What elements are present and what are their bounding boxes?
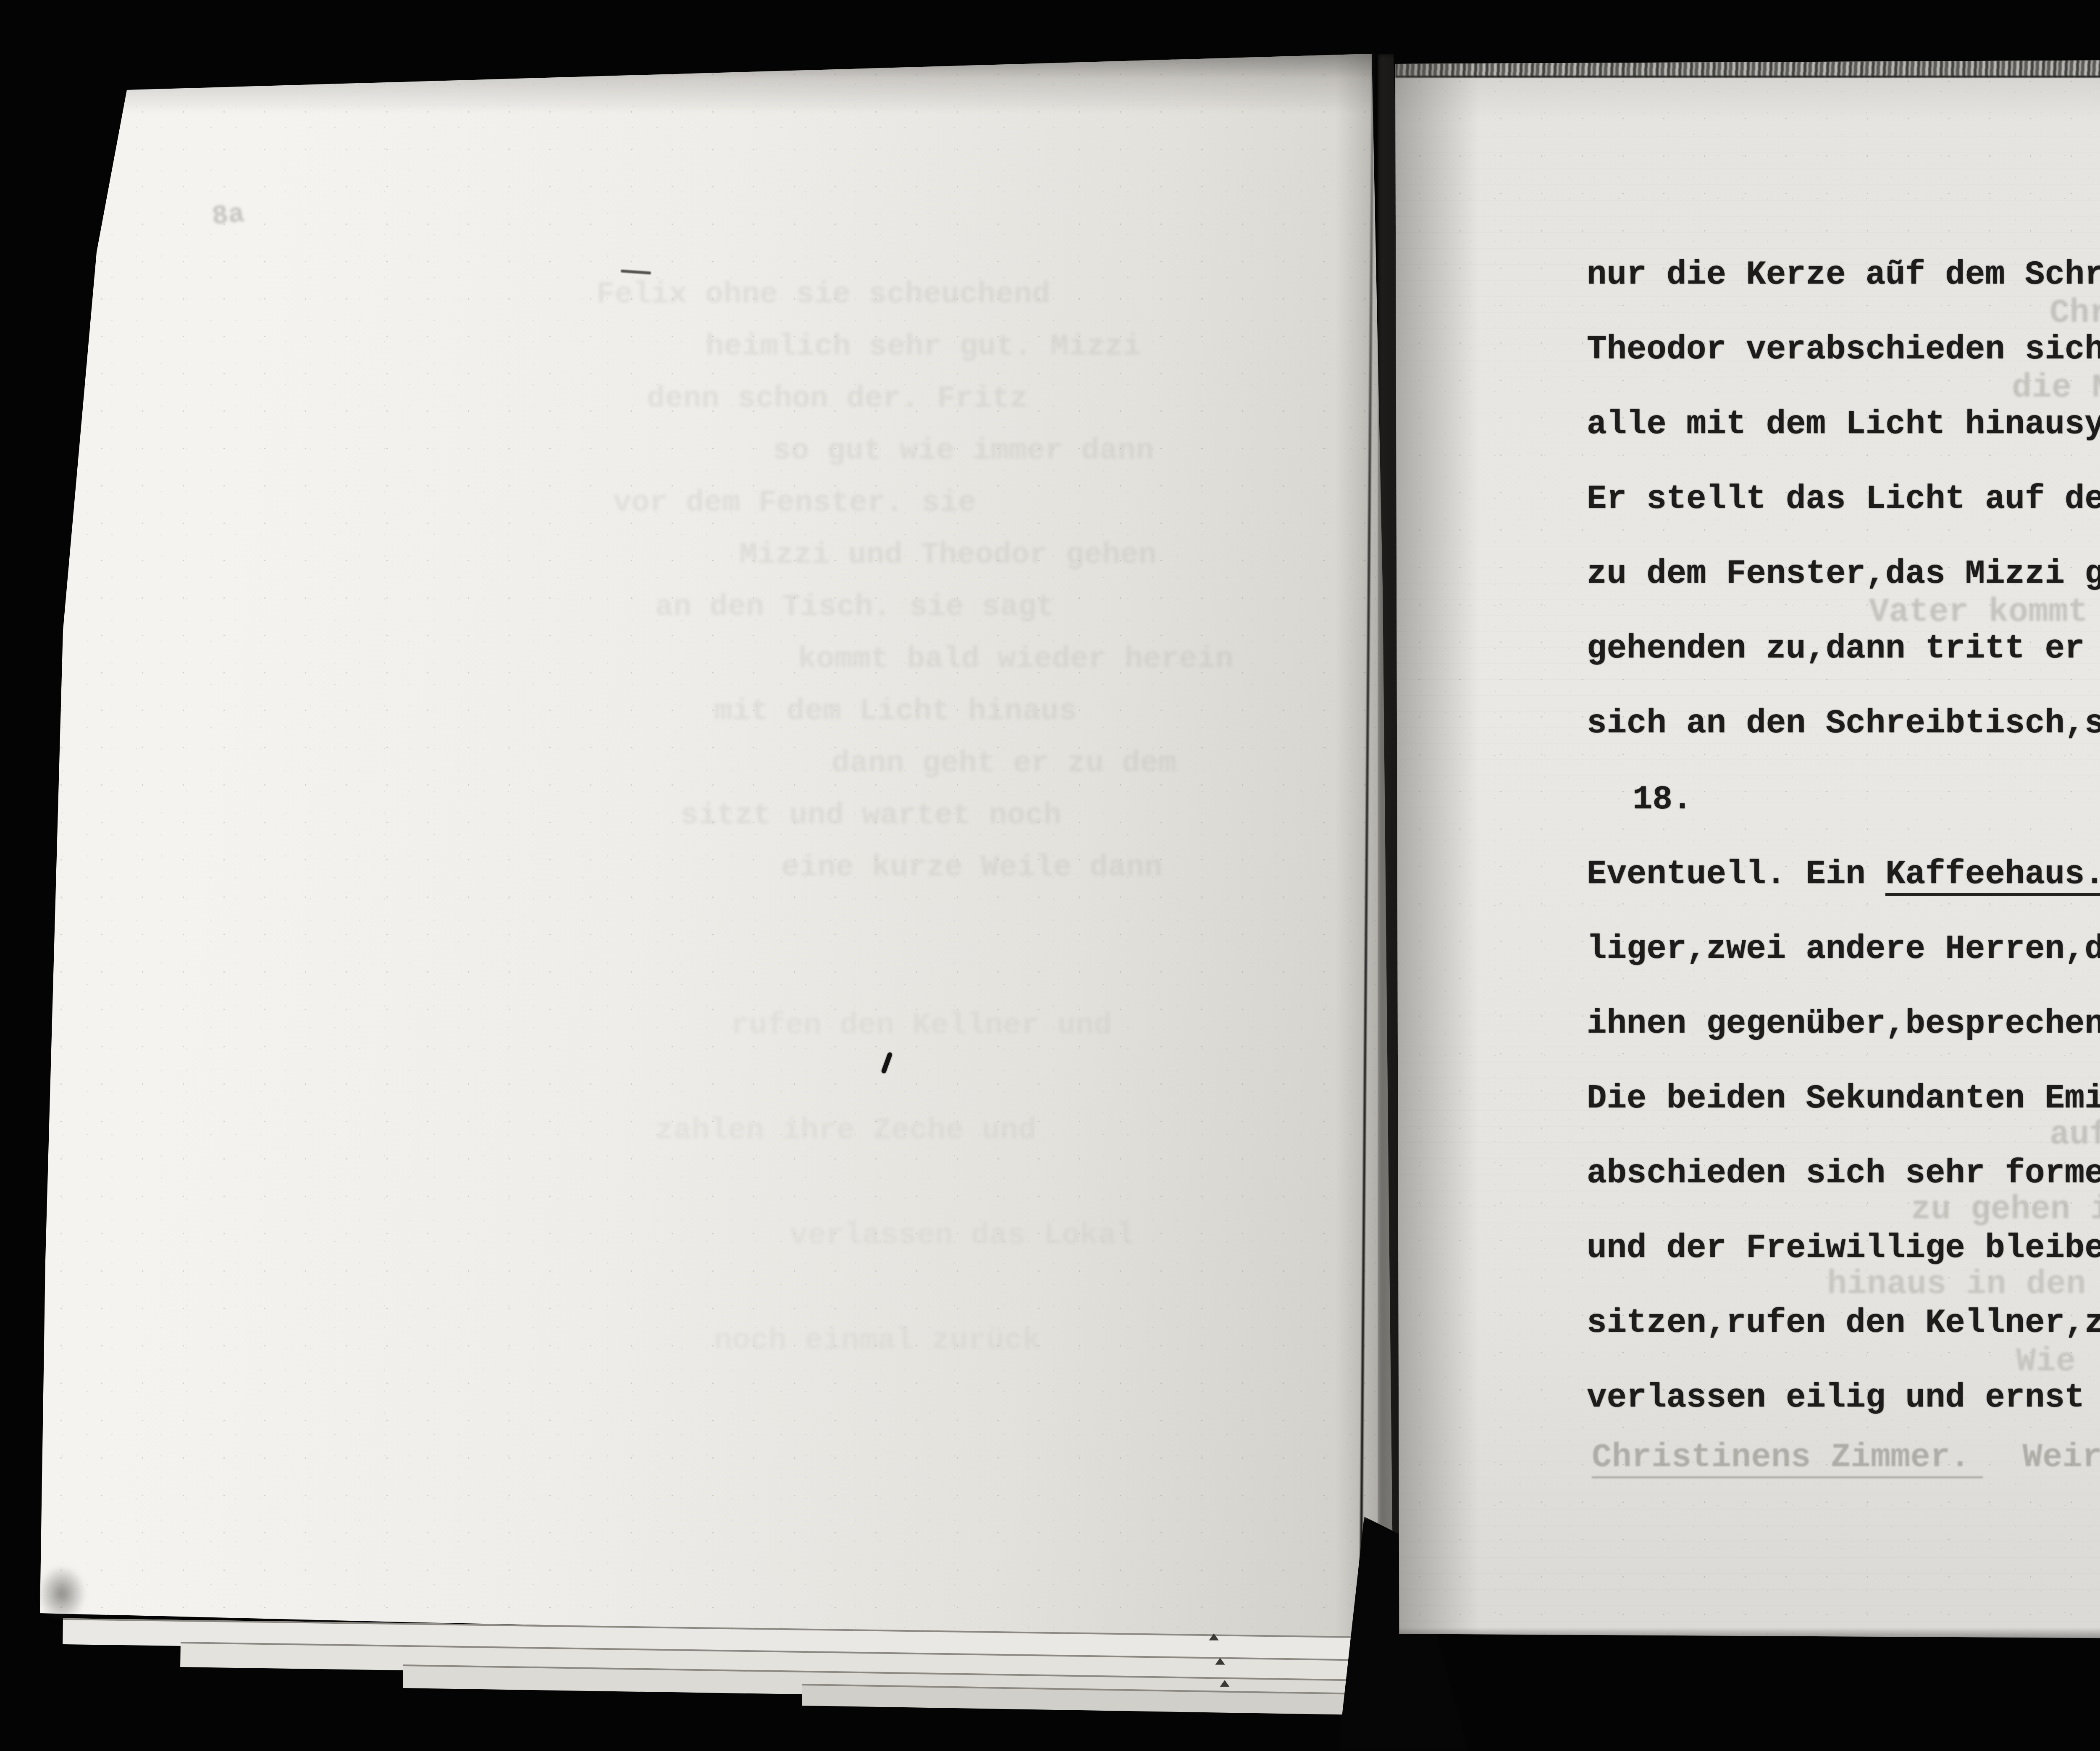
typed-line: liger,zwei andere Herren,der eine ein Of… [1587,930,2100,968]
typed-line: verlassen eilig und ernst das Lokal. [1587,1379,2100,1417]
ghost-line: denn schon der. Fritz [647,381,1028,416]
ghost-line: mit dem Licht hinaus [714,694,1077,728]
page-top-rough-edge [1395,57,2100,78]
ghost-line: zahlen ihre Zeche und [655,1113,1036,1148]
typed-line: zu dem Fenster,das Mizzi geöffnet hat,wi… [1587,555,2100,593]
ghost-line: sitzt und wartet noch [680,798,1061,833]
typed-line: sitzen,rufen den Kellner,zahlen dann ihr… [1587,1304,2100,1342]
ghost-line: so gut wie immer dann [773,434,1154,468]
ghost-line: vor dem Fenster. sie [613,486,976,520]
ghost-line: zu gehen in immer stärkerer Erregung. [1911,1191,2100,1228]
typed-line: alle mit dem Licht hinausykommt bald wie… [1587,405,2100,443]
scene-title-pre: Eventuell. Ein [1587,855,1885,893]
ghost-line: Christine vor dem Spiegel,eben [2050,294,2100,332]
ghost-line: Vater kommt herein mit [1869,593,2100,631]
typed-line: Die beiden Sekundanten Emils erheben sic… [1587,1080,2100,1117]
faint-corner-page-mark: 8a [210,199,246,233]
scene-title-underlined: Kaffeehaus. [1885,855,2100,896]
ghost-line: an den Tisch. sie sagt [655,590,1055,624]
scanned-book-spread: { "document": { "kind": "typewritten man… [0,0,2100,1751]
page-top-edge-shadow [37,50,1394,113]
ghost-footer-line: Christinens Zimmer. Weiring und die Nach… [1592,1438,2100,1476]
ghost-line: rufen den Kellner und [731,1008,1112,1043]
ghost-line: hinaus in den Garten. [1827,1265,2100,1303]
ghost-line: dann geht er zu dem [832,746,1176,781]
typed-line: ihnen gegenüber,besprechen die Bedingung… [1587,1005,2100,1043]
ghost-line: eine kurze Weile dann [781,850,1162,885]
ghost-line: verlassen das Lokal [790,1218,1134,1253]
typed-line: und der Freiwillige bleiben noch eine ku… [1587,1229,2100,1267]
ghost-footer-rest: Weiring und die Nachbarin sitzen [1983,1438,2100,1476]
section-heading: 18. [1633,781,1692,818]
typed-line: nur die Kerze aũf dem Schreibtisch brenn… [1587,256,2100,294]
ghost-line: Felix ohne sie scheuchend [596,277,1050,312]
page-gutter-shading [1395,57,1479,1642]
ghost-line: heimlich sehr gut. Mizzi [706,329,1141,364]
ghost-footer-underlined: Christinens Zimmer. [1592,1438,1983,1478]
ghost-line: die Nachbarin (Frau Binder) kommt [2012,369,2100,407]
ghost-line: noch einmal zurück [714,1323,1041,1358]
ghost-line: Mizzi und Theodor gehen [739,538,1157,572]
typed-line: sich an den Schreibtisch,stützt den Kopf… [1587,705,2100,742]
page-bottom-edge-shadow [1395,1627,2100,1642]
corner-smudge [38,1565,86,1622]
typed-line: abschieden sich sehr formell von den and… [1587,1154,2100,1192]
typed-line: gehenden zu,dann tritt er ins Zimmer zur… [1587,630,2100,668]
ghost-line: kommt bald wieder herein [798,642,1234,676]
ghost-line: auf die Tür,dann beginnt sie wie- [2050,1116,2100,1154]
ghost-line: Wie [2016,1343,2076,1380]
scene-title-line: Eventuell. Ein Kaffeehaus. Theodor und e… [1587,855,2100,893]
typed-line: Er stellt das Licht auf den Schreibtisch… [1587,480,2100,518]
typed-line: Theodor verabschieden sich von Fritz. Fr… [1587,331,2100,368]
